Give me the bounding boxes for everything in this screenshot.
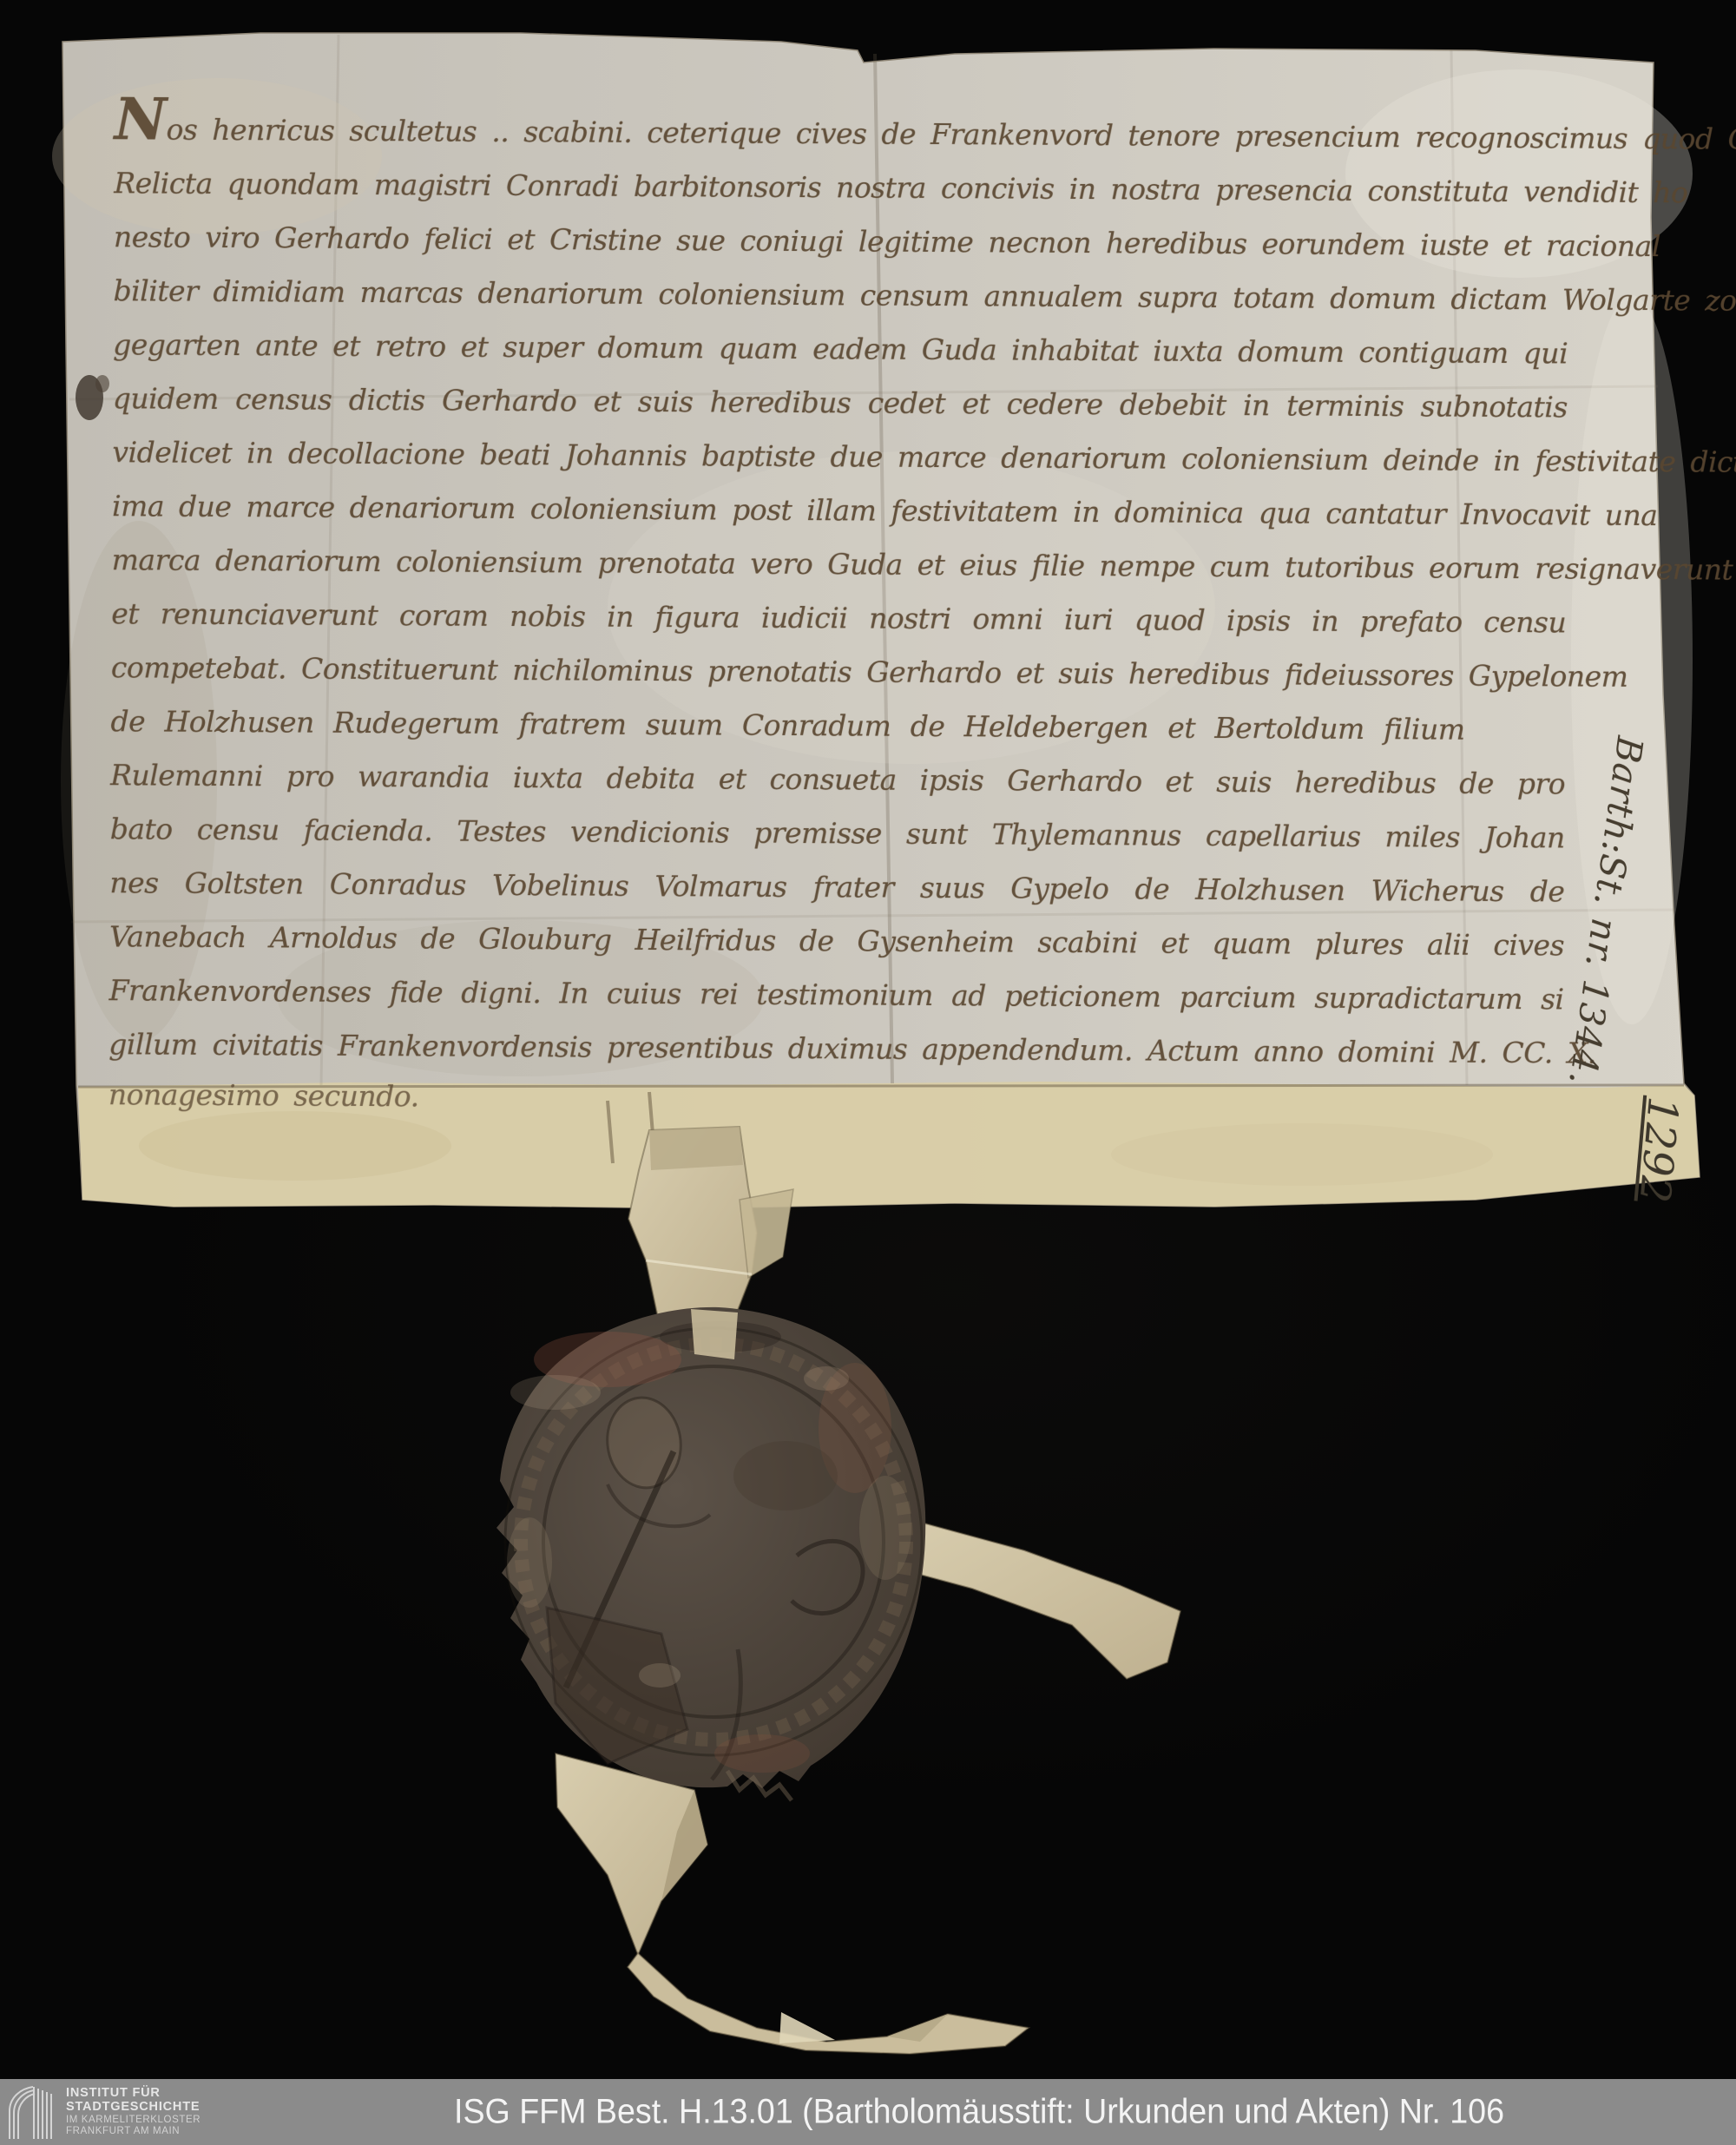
archive-photo: Nos henricus scultetus .. scabini. ceter… (0, 0, 1736, 2145)
archive-shelfmark-caption: ISG FFM Best. H.13.01 (Bartholomäusstift… (454, 2093, 1504, 2132)
institute-logo-text: INSTITUT FÜR STADTGESCHICHTE IM KARMELIT… (66, 2086, 201, 2138)
logo-line: INSTITUT FÜR (66, 2086, 201, 2100)
seal-strap-right (901, 1517, 1180, 1679)
gothic-arch-icon (7, 2085, 52, 2139)
wax-seal (217, 1307, 925, 1800)
charter-photo-graphics (0, 0, 1736, 2145)
caption-bar: INSTITUT FÜR STADTGESCHICHTE IM KARMELIT… (0, 2079, 1736, 2145)
logo-line: FRANKFURT AM MAIN (66, 2126, 201, 2138)
logo-line: STADTGESCHICHTE (66, 2100, 201, 2114)
logo-line: IM KARMELITERKLOSTER (66, 2115, 201, 2127)
institute-logo: INSTITUT FÜR STADTGESCHICHTE IM KARMELIT… (7, 2084, 201, 2140)
parchment (52, 33, 1700, 1208)
